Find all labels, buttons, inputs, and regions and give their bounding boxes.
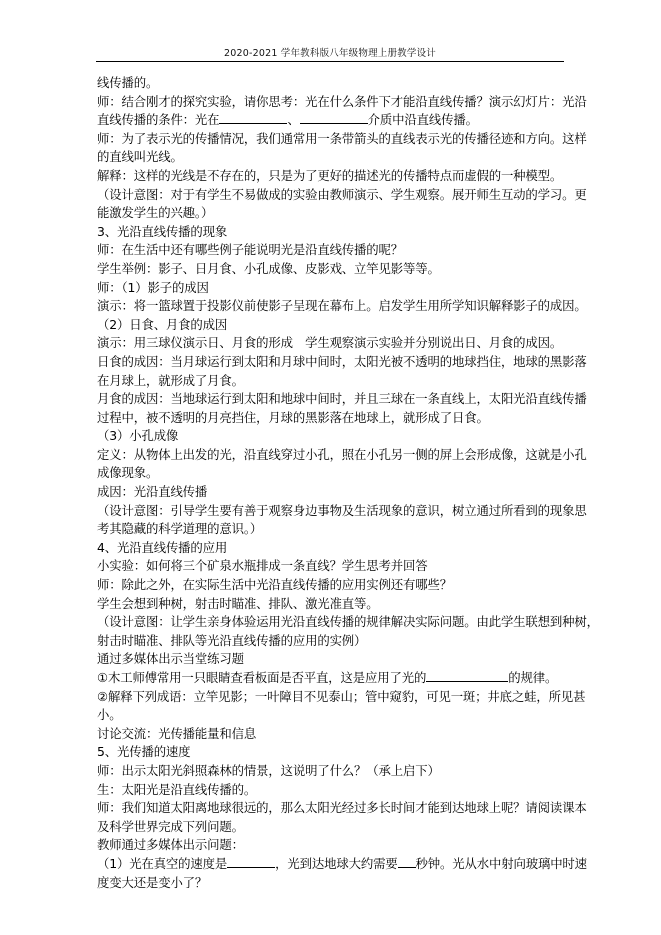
text-segment: ，光到达地球大约需要	[275, 856, 397, 871]
text-line: 及科学世界完成下列问题。	[97, 818, 567, 837]
text-line: 师：结合刚才的探究实验，请你思考：光在什么条件下才能沿直线传播？演示幻灯片：光沿	[97, 93, 567, 112]
text-line: 讨论交流：光传播能量和信息	[97, 725, 567, 744]
text-line: 生：太阳光是沿直线传播的。	[97, 781, 567, 800]
text-segment: 度变大还是变小了？	[97, 875, 207, 890]
text-segment: （1）光在真空的速度是	[97, 856, 227, 871]
text-line: 师：为了表示光的传播情况，我们通常用一条带箭头的直线表示光的传播径迹和方向。这样	[97, 130, 567, 149]
text-line: 日食的成因：当月球运行到太阳和月球中间时，太阳光被不透明的地球挡住，地球的黑影落	[97, 353, 567, 372]
text-line: 师：我们知道太阳离地球很远的，那么太阳光经过多长时间才能到达地球上呢？请阅读课本	[97, 799, 567, 818]
text-segment: （设计意图：对于有学生不易做成的实验由教师演示、学生观察。展开师生互动的学习。更	[97, 187, 587, 202]
text-segment: （设计意图：引导学生要有善于观察身边事物及生活现象的意识，树立通过所看到的现象思	[97, 503, 587, 518]
fill-in-blank	[426, 669, 508, 682]
text-segment: 讨论交流：光传播能量和信息	[97, 726, 256, 741]
text-line: 成像现象。	[97, 464, 567, 483]
text-segment: 、	[287, 112, 299, 127]
text-segment: 教师通过多媒体出示问题：	[97, 837, 244, 852]
fill-in-blank	[219, 111, 287, 124]
text-line: （设计意图：引导学生要有善于观察身边事物及生活现象的意识，树立通过所看到的现象思	[97, 502, 567, 521]
text-segment: 通过多媒体出示当堂练习题	[97, 651, 244, 666]
text-segment: ①木工师傅常用一只眼睛查看板面是否平直，这是应用了光的	[97, 670, 426, 685]
text-line: 直线传播的条件：光在、介质中沿直线传播。	[97, 111, 567, 130]
text-segment: 介质中沿直线传播。	[368, 112, 478, 127]
text-line: 线传播的。	[97, 74, 567, 93]
text-segment: 师：（1）影子的成因	[97, 280, 209, 295]
text-segment: 解释：这样的光线是不存在的，只是为了更好的描述光的传播特点而虚假的一种模型。	[97, 168, 562, 183]
text-segment: （2）日食、月食的成因	[97, 317, 227, 332]
text-line: 学生举例：影子、日月食、小孔成像、皮影戏、立竿见影等等。	[97, 260, 567, 279]
text-line: （设计意图：对于有学生不易做成的实验由教师演示、学生观察。展开师生互动的学习。更	[97, 186, 567, 205]
text-segment: 及科学世界完成下列问题。	[97, 819, 244, 834]
text-segment: 射击时瞄准、排队等光沿直线传播的应用的实例）	[97, 633, 366, 648]
text-segment: （设计意图：让学生亲身体验运用光沿直线传播的规律解决实际问题。由此学生联想到种树…	[97, 614, 599, 629]
text-segment: 师：我们知道太阳离地球很远的，那么太阳光经过多长时间才能到达地球上呢？请阅读课本	[97, 800, 587, 815]
text-line: （3）小孔成像	[97, 427, 567, 446]
text-line: ②解释下列成语：立竿见影；一叶障目不见泰山；管中窥豹，可见一斑；井底之蛙，所见甚	[97, 688, 567, 707]
text-line: （2）日食、月食的成因	[97, 316, 567, 335]
text-line: 解释：这样的光线是不存在的，只是为了更好的描述光的传播特点而虚假的一种模型。	[97, 167, 567, 186]
text-line: 演示：用三球仪演示日、月食的形成 学生观察演示实验并分别说出日、月食的成因。	[97, 334, 567, 353]
text-line: 演示：将一篮球置于投影仪前使影子呈现在幕布上。启发学生用所学知识解释影子的成因。	[97, 297, 567, 316]
text-line: 过程中，被不透明的月亮挡住，月球的黑影落在地球上，就形成了日食。	[97, 409, 567, 428]
text-segment: 演示：将一篮球置于投影仪前使影子呈现在幕布上。启发学生用所学知识解释影子的成因。	[97, 298, 587, 313]
text-line: （设计意图：让学生亲身体验运用光沿直线传播的规律解决实际问题。由此学生联想到种树…	[97, 613, 567, 632]
text-line: 师：（1）影子的成因	[97, 279, 567, 298]
text-segment: 能激发学生的兴趣。）	[97, 205, 213, 220]
text-segment: 小实验：如何将三个矿泉水瓶排成一条直线？学生思考并回答	[97, 558, 428, 573]
text-line: 师：出示太阳光斜照森林的情景，这说明了什么？（承上启下）	[97, 762, 567, 781]
text-segment: 秒钟。光从水中射向玻璃中时速	[416, 856, 587, 871]
text-segment: 的规律。	[508, 670, 557, 685]
text-segment: 师：出示太阳光斜照森林的情景，这说明了什么？（承上启下）	[97, 763, 440, 778]
document-page: 2020-2021 学年教科版八年级物理上册教学设计 线传播的。师：结合刚才的探…	[0, 0, 661, 935]
text-segment: 演示：用三球仪演示日、月食的形成 学生观察演示实验并分别说出日、月食的成因。	[97, 335, 562, 350]
text-line: 小实验：如何将三个矿泉水瓶排成一条直线？学生思考并回答	[97, 557, 567, 576]
text-segment: 师：在生活中还有哪些例子能说明光是沿直线传播的呢？	[97, 242, 403, 257]
fill-in-blank	[300, 111, 368, 124]
text-line: （1）光在真空的速度是，光到达地球大约需要秒钟。光从水中射向玻璃中时速	[97, 855, 567, 874]
text-segment: 3、光沿直线传播的现象	[97, 224, 227, 239]
text-segment: 师：结合刚才的探究实验，请你思考：光在什么条件下才能沿直线传播？演示幻灯片：光沿	[97, 94, 587, 109]
text-line: 师：在生活中还有哪些例子能说明光是沿直线传播的呢？	[97, 241, 567, 260]
text-line: 能激发学生的兴趣。）	[97, 204, 567, 223]
text-line: 3、光沿直线传播的现象	[97, 223, 567, 242]
fill-in-blank	[398, 855, 416, 868]
text-segment: 4、光沿直线传播的应用	[97, 540, 227, 555]
text-line: 学生会想到种树，射击时瞄准、排队、激光准直等。	[97, 595, 567, 614]
header-divider	[96, 61, 564, 62]
text-segment: 学生会想到种树，射击时瞄准、排队、激光准直等。	[97, 596, 379, 611]
text-segment: 学生举例：影子、日月食、小孔成像、皮影戏、立竿见影等等。	[97, 261, 440, 276]
text-segment: 小。	[97, 707, 121, 722]
document-body: 线传播的。师：结合刚才的探究实验，请你思考：光在什么条件下才能沿直线传播？演示幻…	[97, 74, 567, 892]
text-line: 4、光沿直线传播的应用	[97, 539, 567, 558]
text-segment: 5、光传播的速度	[97, 744, 190, 759]
text-segment: 生：太阳光是沿直线传播的。	[97, 782, 256, 797]
text-line: 射击时瞄准、排队等光沿直线传播的应用的实例）	[97, 632, 567, 651]
text-line: 度变大还是变小了？	[97, 874, 567, 893]
text-segment: 在月球上，就形成了月食。	[97, 373, 244, 388]
text-segment: 日食的成因：当月球运行到太阳和月球中间时，太阳光被不透明的地球挡住，地球的黑影落	[97, 354, 587, 369]
text-segment: 定义：从物体上出发的光，沿直线穿过小孔，照在小孔另一侧的屏上会形成像，这就是小孔	[97, 447, 587, 462]
text-segment: 考其隐藏的科学道理的意识。）	[97, 521, 262, 536]
text-segment: 成因：光沿直线传播	[97, 484, 207, 499]
page-header: 2020-2021 学年教科版八年级物理上册教学设计	[96, 45, 564, 59]
text-line: 小。	[97, 706, 567, 725]
text-line: 在月球上，就形成了月食。	[97, 372, 567, 391]
text-segment: 成像现象。	[97, 465, 158, 480]
text-segment: 过程中，被不透明的月亮挡住，月球的黑影落在地球上，就形成了日食。	[97, 410, 489, 425]
text-line: 5、光传播的速度	[97, 743, 567, 762]
text-line: 考其隐藏的科学道理的意识。）	[97, 520, 567, 539]
text-line: 教师通过多媒体出示问题：	[97, 836, 567, 855]
text-segment: 师：为了表示光的传播情况，我们通常用一条带箭头的直线表示光的传播径迹和方向。这样	[97, 131, 587, 146]
text-segment: ②解释下列成语：立竿见影；一叶障目不见泰山；管中窥豹，可见一斑；井底之蛙，所见甚	[97, 689, 585, 704]
text-line: 月食的成因：当地球运行到太阳和地球中间时，并且三球在一条直线上，太阳光沿直线传播	[97, 390, 567, 409]
text-segment: （3）小孔成像	[97, 428, 178, 443]
text-segment: 月食的成因：当地球运行到太阳和地球中间时，并且三球在一条直线上，太阳光沿直线传播	[97, 391, 587, 406]
text-segment: 的直线叫光线。	[97, 149, 183, 164]
text-segment: 师：除此之外，在实际生活中光沿直线传播的应用实例还有哪些？	[97, 577, 452, 592]
text-line: ①木工师傅常用一只眼睛查看板面是否平直，这是应用了光的的规律。	[97, 669, 567, 688]
text-line: 师：除此之外，在实际生活中光沿直线传播的应用实例还有哪些？	[97, 576, 567, 595]
text-line: 成因：光沿直线传播	[97, 483, 567, 502]
fill-in-blank	[227, 855, 275, 868]
text-line: 通过多媒体出示当堂练习题	[97, 650, 567, 669]
text-line: 的直线叫光线。	[97, 148, 567, 167]
text-segment: 线传播的。	[97, 75, 158, 90]
text-line: 定义：从物体上出发的光，沿直线穿过小孔，照在小孔另一侧的屏上会形成像，这就是小孔	[97, 446, 567, 465]
text-segment: 直线传播的条件：光在	[97, 112, 219, 127]
